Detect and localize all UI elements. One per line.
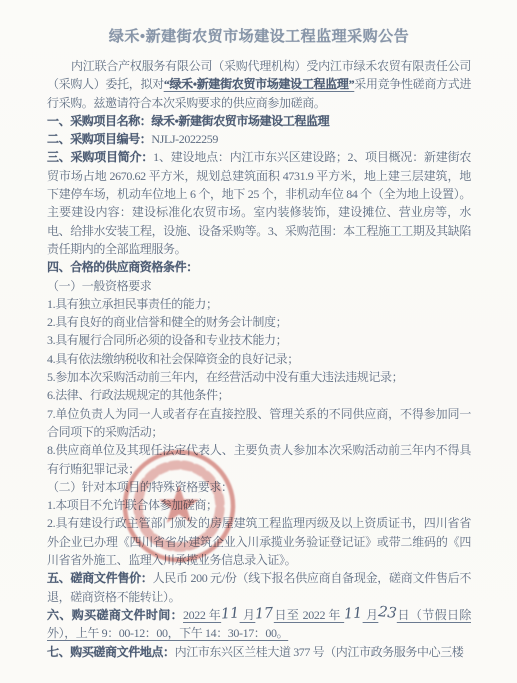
section-project-brief-value: 1、建设地点：内江市东兴区建设路；2、项目概况：新建街农贸市场占地 2670.6… <box>47 150 471 255</box>
section-project-number: 二、采购项目编号：NJLJ-2022259 <box>47 130 471 148</box>
section-project-brief-label: 三、采购项目简介： <box>47 150 153 164</box>
section-doc-price: 五、磋商文件售价：人民币 200 元/份（线下报名供应商自备现金，磋商文件售后不… <box>47 569 471 606</box>
doc-time-middle: 日至 2022 年 <box>274 608 344 622</box>
qualification-general-item-1: 1.具有独立承担民事责任的能力； <box>47 295 471 313</box>
document-title: 绿禾•新建街农贸市场建设工程监理采购公告 <box>47 27 471 48</box>
section-qualification-label: 四、合格的供应商资格条件： <box>47 260 198 274</box>
section-project-name: 一、采购项目名称：绿禾•新建街农贸市场建设工程监理 <box>47 112 471 130</box>
doc-time-year1: 2022 年 <box>183 608 221 622</box>
section-doc-place-value: 内江市东兴区兰桂大道 377 号（内江市政务服务中心三楼 <box>175 645 464 659</box>
doc-time-month1-suffix: 月 <box>240 608 256 622</box>
intro-paragraph: 内江联合产权服务有限公司（采购代理机构）受内江市绿禾农贸有限责任公司（采购人）委… <box>47 57 471 112</box>
handwritten-day-1: 17 <box>255 607 274 620</box>
qualification-special-item-2: 2.具有建设行政主管部门颁发的房屋建筑工程监理丙级及以上资质证书，四川省省外企业… <box>47 514 471 569</box>
qualification-special-header: （二）针对本项目的特殊资格要求： <box>47 478 471 496</box>
qualification-general-item-7: 7.单位负责人为同一人或者存在直接控股、管理关系的不同供应商，不得参加同一合同项… <box>47 405 471 442</box>
section-project-brief: 三、采购项目简介：1、建设地点：内江市东兴区建设路；2、项目概况：新建街农贸市场… <box>47 148 471 258</box>
scanned-document-page: 绿禾•新建街农贸市场建设工程监理采购公告 内江联合产权服务有限公司（采购代理机构… <box>0 0 517 683</box>
handwritten-day-2: 23 <box>378 606 398 620</box>
section-qualification-header: 四、合格的供应商资格条件： <box>47 258 471 276</box>
qualification-general-item-5: 5.参加本次采购活动前三年内，在经营活动中没有重大违法违规记录； <box>47 368 471 386</box>
intro-project-name: “绿禾•新建街农贸市场建设工程监理” <box>164 77 354 91</box>
handwritten-month-1: 11 <box>221 607 240 620</box>
section-doc-time: 六、购买磋商文件时间：2022 年11 月17日至 2022 年 11 月23日… <box>47 606 471 643</box>
qualification-general-header: （一）一般资格要求 <box>47 277 471 295</box>
qualification-general-item-3: 3.具有履行合同所必须的设备和专业技术能力； <box>47 331 471 349</box>
qualification-special-item-1: 1.本项目不允许联合体参加磋商； <box>47 496 471 514</box>
document-body: 内江联合产权服务有限公司（采购代理机构）受内江市绿禾农贸有限责任公司（采购人）委… <box>47 57 471 661</box>
section-project-number-value: NJLJ-2022259 <box>151 132 218 146</box>
section-doc-place-label: 七、购买磋商文件地点： <box>47 645 175 659</box>
section-project-number-label: 二、采购项目编号： <box>47 132 151 146</box>
handwritten-month-2: 11 <box>344 607 363 620</box>
qualification-general-item-8: 8.供应商单位及其现任法定代表人、主要负责人参加本次采购活动前三年内不得具有行贿… <box>47 441 471 478</box>
doc-time-month2-suffix: 月 <box>363 608 379 622</box>
qualification-general-item-6: 6.法律、行政法规规定的其他条件； <box>47 386 471 404</box>
section-doc-price-label: 五、磋商文件售价： <box>47 571 153 585</box>
qualification-general-item-2: 2.具有良好的商业信誉和健全的财务会计制度； <box>47 313 471 331</box>
section-project-name-value: 绿禾•新建街农贸市场建设工程监理 <box>151 114 329 128</box>
section-project-name-label: 一、采购项目名称： <box>47 114 151 128</box>
section-doc-place: 七、购买磋商文件地点：内江市东兴区兰桂大道 377 号（内江市政务服务中心三楼 <box>47 643 471 661</box>
qualification-general-item-4: 4.具有依法缴纳税收和社会保障资金的良好记录； <box>47 350 471 368</box>
section-doc-time-label: 六、购买磋商文件时间： <box>47 608 183 622</box>
